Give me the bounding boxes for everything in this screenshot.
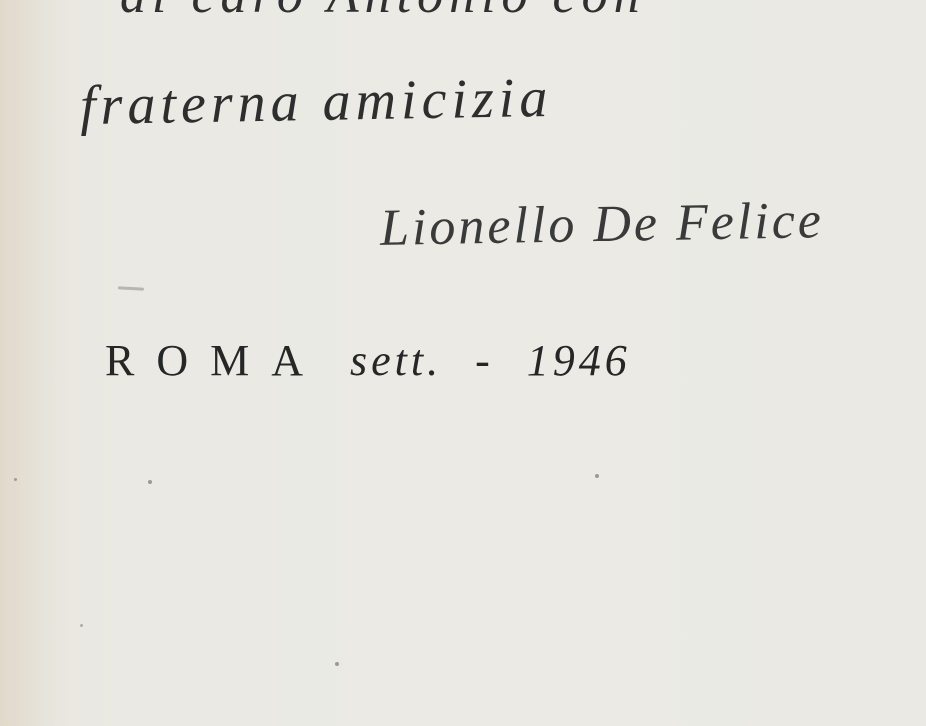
paper-speck	[80, 624, 83, 627]
date-separator: -	[475, 336, 494, 385]
place-and-date: ROMA sett. - 1946	[105, 335, 631, 386]
dedication-page: al caro Antonio con fraterna amicizia Li…	[0, 0, 926, 726]
paper-speck	[335, 662, 339, 666]
dedication-closing: fraterna amicizia	[79, 66, 552, 138]
paper-edge-shadow	[0, 0, 70, 726]
signature: Lionello De Felice	[380, 191, 825, 258]
paper-speck	[148, 480, 152, 484]
paper-speck	[14, 478, 17, 481]
date-year: 1946	[527, 336, 631, 385]
paper-speck	[595, 474, 599, 478]
dedication-greeting: al caro Antonio con	[120, 0, 646, 25]
stray-pen-mark	[118, 286, 144, 290]
place-name: ROMA	[105, 336, 325, 385]
date-month: sett.	[350, 336, 442, 385]
